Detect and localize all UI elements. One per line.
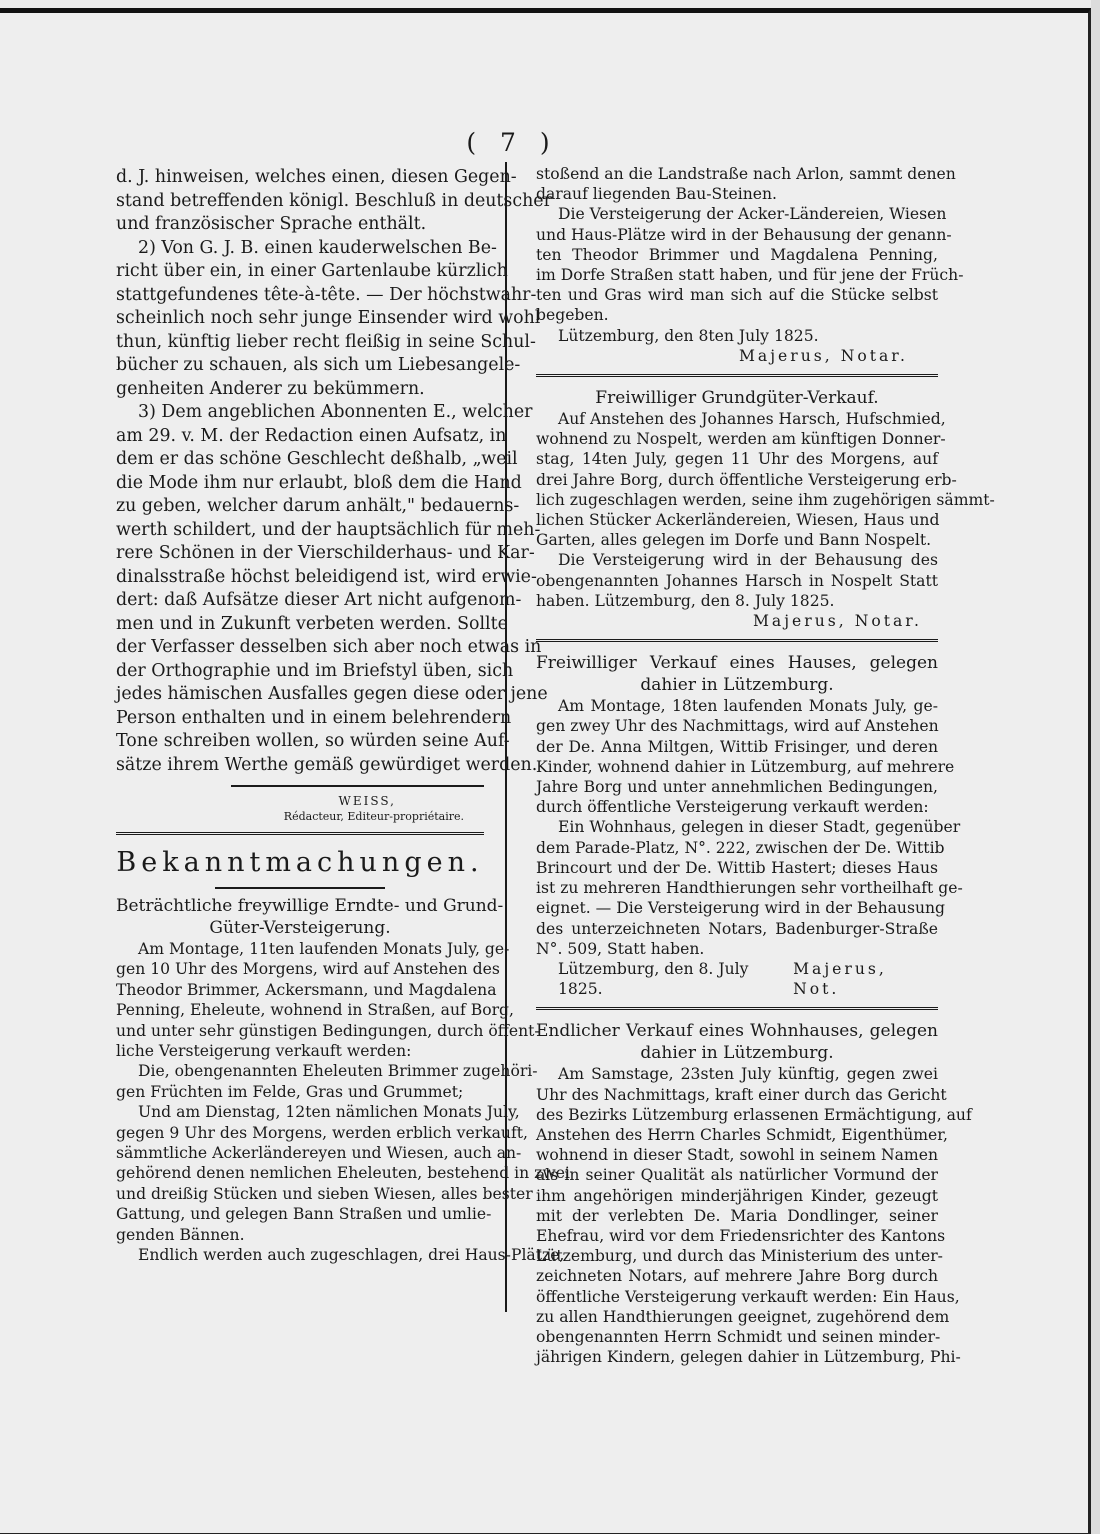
section-heading: Bekanntmachungen. <box>116 845 484 881</box>
text-line: Auf Anstehen des Johannes Harsch, Hufsch… <box>536 409 938 429</box>
section-rule <box>116 832 484 837</box>
text-line: als in seiner Qualität als natürlicher V… <box>536 1165 938 1185</box>
announcement-title: dahier in Lützemburg. <box>536 1042 938 1064</box>
announcement-title: dahier in Lützemburg. <box>536 674 938 696</box>
text-line: lichen Stücker Ackerländereien, Wiesen, … <box>536 510 938 530</box>
text-line: bücher zu schauen, als sich um Liebesang… <box>116 354 484 378</box>
announcement-wohnhausverkauf: Endlicher Verkauf eines Wohnhauses, gele… <box>536 1020 938 1367</box>
text-line: der De. Anna Miltgen, Wittib Frisinger, … <box>536 737 938 757</box>
text-line: stoßend an die Landstraße nach Arlon, sa… <box>536 164 938 184</box>
text-line: genheiten Anderer zu bekümmern. <box>116 378 484 402</box>
text-line: durch öffentliche Versteigerung verkauft… <box>536 797 938 817</box>
text-line: Theodor Brimmer, Ackersmann, und Magdale… <box>116 980 484 1000</box>
text-line: ten Theodor Brimmer und Magdalena Pennin… <box>536 245 938 265</box>
text-line: Brincourt und der De. Wittib Hastert; di… <box>536 858 938 878</box>
text-line: d. J. hinweisen, welches einen, diesen G… <box>116 166 484 190</box>
text-line: darauf liegenden Bau-Steinen. <box>536 184 938 204</box>
item-2-paragraph: 2) Von G. J. B. einen kauderwelschen Be-… <box>116 237 484 402</box>
text-line: gen Früchten im Felde, Gras und Grummet; <box>116 1082 484 1102</box>
scan-edge <box>1091 0 1100 1534</box>
text-line: ist zu mehreren Handthierungen sehr vort… <box>536 878 938 898</box>
text-line: der Verfasser desselben sich aber noch e… <box>116 636 484 660</box>
text-line: gen 10 Uhr des Morgens, wird auf Anstehe… <box>116 959 484 979</box>
text-line: begeben. <box>536 305 938 325</box>
text-line: Ehefrau, wird vor dem Friedensrichter de… <box>536 1226 938 1246</box>
text-line: Am Samstage, 23sten July künftig, gegen … <box>536 1064 938 1084</box>
page-number: ( 7 ) <box>462 128 562 157</box>
text-line: stag, 14ten July, gegen 11 Uhr des Morge… <box>536 449 938 469</box>
text-line: dert: daß Aufsätze dieser Art nicht aufg… <box>116 589 484 613</box>
left-column: d. J. hinweisen, welches einen, diesen G… <box>116 166 484 1266</box>
text-line: Lützemburg, und durch das Ministerium de… <box>536 1246 938 1266</box>
text-line: Ein Wohnhaus, gelegen in dieser Stadt, g… <box>536 817 938 837</box>
text-line: 3) Dem angeblichen Abonnenten E., welche… <box>116 401 484 425</box>
text-line: Garten, alles gelegen im Dorfe und Bann … <box>536 530 938 550</box>
text-line: gehörend denen nemlichen Eheleuten, best… <box>116 1163 484 1183</box>
text-line: Am Montage, 11ten laufenden Monats July,… <box>116 939 484 959</box>
text-line: genden Bännen. <box>116 1225 484 1245</box>
text-line: liche Versteigerung verkauft werden: <box>116 1041 484 1061</box>
text-line: scheinlich noch sehr junge Einsender wir… <box>116 307 484 331</box>
announcement-title: Freiwilliger Grundgüter-Verkauf. <box>536 387 938 409</box>
text-line: Jahre Borg und unter annehmlichen Beding… <box>536 777 938 797</box>
announcement-divider <box>536 374 938 379</box>
announcement-erndte-versteigerung: Beträchtliche freywillige Erndte- und Gr… <box>116 895 484 1266</box>
text-line: Die Versteigerung wird in der Behausung … <box>536 550 938 570</box>
text-line: men und in Zukunft verbeten werden. Soll… <box>116 613 484 637</box>
text-line: des unterzeichneten Notars, Badenburger-… <box>536 919 938 939</box>
announcement-divider <box>536 1007 938 1012</box>
text-line: der Orthographie und im Briefstyl üben, … <box>116 660 484 684</box>
text-line: mit der verlebten De. Maria Dondlinger, … <box>536 1206 938 1226</box>
announcement-grundgueter-verkauf: Freiwilliger Grundgüter-Verkauf. Auf Ans… <box>536 387 938 631</box>
text-line: Gattung, und gelegen Bann Straßen und um… <box>116 1204 484 1224</box>
signature-rule <box>231 785 484 787</box>
text-line: und unter sehr günstigen Bedingungen, du… <box>116 1021 484 1041</box>
text-line: Und am Dienstag, 12ten nämlichen Monats … <box>116 1102 484 1122</box>
text-line: sätze ihrem Werthe gemäß gewürdiget werd… <box>116 754 484 778</box>
text-line: drei Jahre Borg, durch öffentliche Verst… <box>536 470 938 490</box>
notary-signature: Majerus, Notar. <box>536 346 938 366</box>
dateline: Lützemburg, den 8ten July 1825. <box>536 326 938 346</box>
text-line: rere Schönen in der Vierschilderhaus- un… <box>116 542 484 566</box>
editor-name: WEISS, <box>116 793 484 809</box>
announcement-continuation: stoßend an die Landstraße nach Arlon, sa… <box>536 164 938 366</box>
text-line: wohnend zu Nospelt, werden am künftigen … <box>536 429 938 449</box>
text-line: im Dorfe Straßen statt haben, und für je… <box>536 265 938 285</box>
announcement-hausverkauf: Freiwilliger Verkauf eines Hauses, geleg… <box>536 652 938 999</box>
continuation-paragraph: d. J. hinweisen, welches einen, diesen G… <box>116 166 484 237</box>
text-line: eignet. — Die Versteigerung wird in der … <box>536 898 938 918</box>
announcement-title: Freiwilliger Verkauf eines Hauses, geleg… <box>536 652 938 674</box>
heading-rule <box>215 887 385 889</box>
text-line: wohnend in dieser Stadt, sowohl in seine… <box>536 1145 938 1165</box>
text-line: Endlich werden auch zugeschlagen, drei H… <box>116 1245 484 1265</box>
notary-signature: Majerus, Not. <box>793 959 938 999</box>
text-line: jährigen Kindern, gelegen dahier in Lütz… <box>536 1347 938 1367</box>
right-column: stoßend an die Landstraße nach Arlon, sa… <box>536 164 938 1367</box>
text-line: am 29. v. M. der Redaction einen Aufsatz… <box>116 425 484 449</box>
text-line: Die Versteigerung der Acker-Ländereien, … <box>536 204 938 224</box>
text-line: obengenannten Johannes Harsch in Nospelt… <box>536 571 938 591</box>
announcement-title: Beträchtliche freywillige Erndte- und Gr… <box>116 895 484 917</box>
text-line: Penning, Eheleute, wohnend in Straßen, a… <box>116 1000 484 1020</box>
text-line: und französischer Sprache enthält. <box>116 213 484 237</box>
announcement-title: Endlicher Verkauf eines Wohnhauses, gele… <box>536 1020 938 1042</box>
text-line: Person enthalten und in einem belehrende… <box>116 707 484 731</box>
text-line: ihm angehörigen minderjährigen Kinder, g… <box>536 1186 938 1206</box>
text-line: Kinder, wohnend dahier in Lützemburg, au… <box>536 757 938 777</box>
text-line: und Haus-Plätze wird in der Behausung de… <box>536 225 938 245</box>
text-line: stattgefundenes tête-à-tête. — Der höchs… <box>116 284 484 308</box>
text-line: 2) Von G. J. B. einen kauderwelschen Be- <box>116 237 484 261</box>
text-line: zeichneten Notars, auf mehrere Jahre Bor… <box>536 1266 938 1286</box>
text-line: und dreißig Stücken und sieben Wiesen, a… <box>116 1184 484 1204</box>
text-line: obengenannten Herrn Schmidt und seinen m… <box>536 1327 938 1347</box>
text-line: richt über ein, in einer Gartenlaube kür… <box>116 260 484 284</box>
text-line: N°. 509, Statt haben. <box>536 939 938 959</box>
text-line: Am Montage, 18ten laufenden Monats July,… <box>536 696 938 716</box>
notary-signature: Majerus, Notar. <box>536 611 938 631</box>
text-line: Tone schreiben wollen, so würden seine A… <box>116 730 484 754</box>
text-line: zu allen Handthierungen geeignet, zugehö… <box>536 1307 938 1327</box>
text-line: dem er das schöne Geschlecht deßhalb, „w… <box>116 448 484 472</box>
text-line: des Bezirks Lützemburg erlassenen Ermäch… <box>536 1105 938 1125</box>
text-line: gen zwey Uhr des Nachmittags, wird auf A… <box>536 716 938 736</box>
editor-role: Rédacteur, Editeur-propriétaire. <box>116 809 484 824</box>
text-line: zu geben, welcher darum anhält," bedauer… <box>116 495 484 519</box>
text-line: Uhr des Nachmittags, kraft einer durch d… <box>536 1085 938 1105</box>
text-line: haben. Lützemburg, den 8. July 1825. <box>536 591 938 611</box>
announcement-title: Güter-Versteigerung. <box>116 917 484 939</box>
dateline-row: Lützemburg, den 8. July 1825. Majerus, N… <box>536 959 938 999</box>
text-line: dinalsstraße höchst beleidigend ist, wir… <box>116 566 484 590</box>
text-line: Die, obengenannten Eheleuten Brimmer zug… <box>116 1061 484 1081</box>
text-line: öffentliche Versteigerung verkauft werde… <box>536 1287 938 1307</box>
text-line: werth schildert, und der hauptsächlich f… <box>116 519 484 543</box>
text-line: thun, künftig lieber recht fleißig in se… <box>116 331 484 355</box>
text-line: dem Parade-Platz, N°. 222, zwischen der … <box>536 838 938 858</box>
announcement-divider <box>536 639 938 644</box>
text-line: ten und Gras wird man sich auf die Stück… <box>536 285 938 305</box>
text-line: jedes hämischen Ausfalles gegen diese od… <box>116 683 484 707</box>
dateline: Lützemburg, den 8. July 1825. <box>558 959 793 999</box>
text-line: stand betreffenden königl. Beschluß in d… <box>116 190 484 214</box>
text-line: gegen 9 Uhr des Morgens, werden erblich … <box>116 1123 484 1143</box>
text-line: die Mode ihm nur erlaubt, bloß dem die H… <box>116 472 484 496</box>
text-line: sämmtliche Ackerländereyen und Wiesen, a… <box>116 1143 484 1163</box>
text-line: Anstehen des Herrn Charles Schmidt, Eige… <box>536 1125 938 1145</box>
text-line: lich zugeschlagen werden, seine ihm zuge… <box>536 490 938 510</box>
item-3-paragraph: 3) Dem angeblichen Abonnenten E., welche… <box>116 401 484 777</box>
